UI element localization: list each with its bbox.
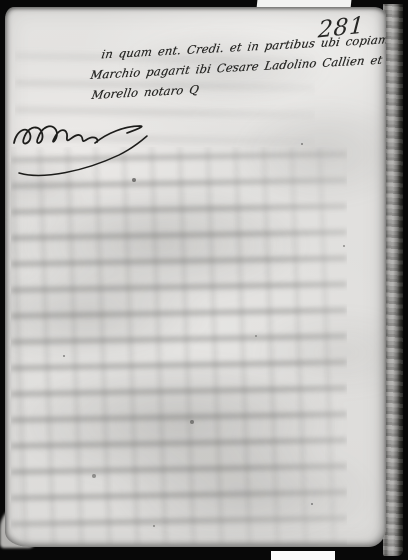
manuscript-photo: 281 in quam ent. Credi. et in partibus u…: [0, 0, 408, 560]
signature-flourish: [7, 113, 157, 183]
notary-signature: [7, 113, 157, 183]
ink-bleedthrough: [11, 147, 347, 545]
book-fore-edge: [383, 4, 403, 556]
background-patch-bottom: [271, 551, 335, 560]
paper-specks: [5, 7, 7, 9]
manuscript-page: 281 in quam ent. Credi. et in partibus u…: [5, 7, 386, 547]
